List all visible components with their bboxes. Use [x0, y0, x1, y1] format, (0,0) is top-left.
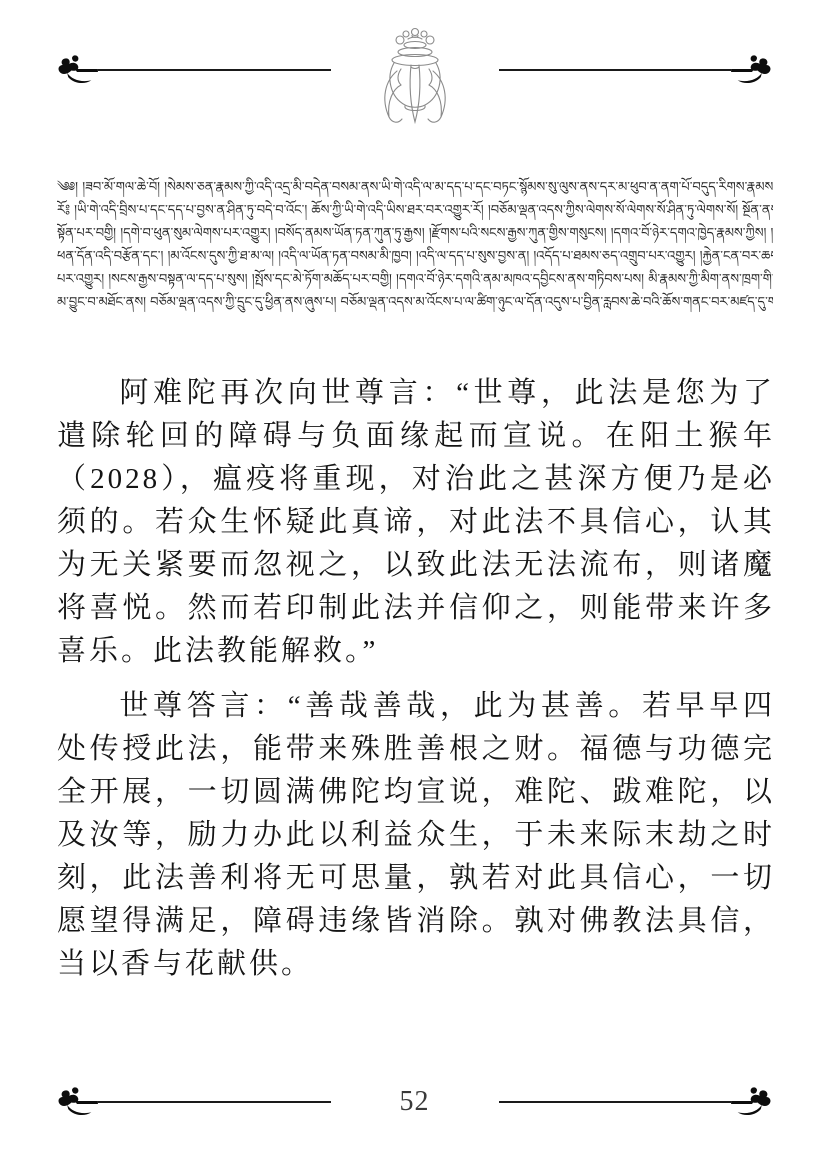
fleuron-right-icon — [731, 54, 773, 87]
footer-rule-left — [98, 1101, 331, 1103]
header-rule-left — [98, 69, 331, 71]
tibetan-line: མ་བྱུང་བ་མཐོང་ནས། བཅོམ་ལྡན་འདས་ཀྱི་དྲུང་… — [57, 291, 773, 314]
page-number: 52 — [400, 1086, 430, 1118]
footer-rule-right — [499, 1101, 732, 1103]
header-ornament-row — [0, 18, 827, 122]
footer-ornament-row: 52 — [0, 1076, 827, 1128]
chinese-paragraph-buddha: 世尊答言：“善哉善哉，此为甚善。若早早四处传授此法，能带来殊胜善根之财。福德与功… — [57, 685, 775, 986]
tibetan-line: སྟོན་པར་བགྱི། །དགེ་བ་ཕུན་སུམ་ལེགས་པར་འགྱ… — [57, 222, 773, 245]
footer-center: 52 — [331, 1086, 499, 1118]
tibetan-line: ཕན་དོན་འདི་བརྩོན་དང་། །མ་འོངས་དུས་ཀྱི་ཐ་… — [57, 245, 773, 268]
fleuron-left-icon — [56, 54, 98, 87]
header-left-side — [56, 54, 331, 87]
header-rule-right — [499, 69, 732, 71]
tibetan-line: རོ༔ །ཡི་གེ་འདི་བྲིས་པ་དང་དད་པ་བྱས་ན་ཤིན་… — [57, 199, 773, 222]
document-page: ༄༅། །ཟབ་མོ་གལ་ཆེ་བོ། །སེམས་ཅན་རྣམས་ཀྱི་འ… — [0, 0, 827, 1165]
chinese-text-block: 阿难陀再次向世尊言：“世尊，此法是您为了遣除轮回的障碍与负面缘起而宣说。在阳土猴… — [57, 372, 775, 986]
header-center — [331, 11, 499, 129]
chinese-paragraph-ananda: 阿难陀再次向世尊言：“世尊，此法是您为了遣除轮回的障碍与负面缘起而宣说。在阳土猴… — [57, 372, 775, 673]
footer-right-side — [499, 1086, 774, 1119]
header-right-side — [499, 54, 774, 87]
fleuron-left-icon — [56, 1086, 98, 1119]
fleuron-right-icon — [731, 1086, 773, 1119]
treasure-vase-icon — [367, 25, 463, 129]
footer-left-side — [56, 1086, 331, 1119]
tibetan-text-block: ༄༅། །ཟབ་མོ་གལ་ཆེ་བོ། །སེམས་ཅན་རྣམས་ཀྱི་འ… — [57, 176, 773, 314]
tibetan-line: ༄༅། །ཟབ་མོ་གལ་ཆེ་བོ། །སེམས་ཅན་རྣམས་ཀྱི་འ… — [57, 176, 773, 199]
tibetan-line: པར་འགྱུར། །སངས་རྒྱས་བསྟན་ལ་དད་པ་སུས། །སྤ… — [57, 268, 773, 291]
